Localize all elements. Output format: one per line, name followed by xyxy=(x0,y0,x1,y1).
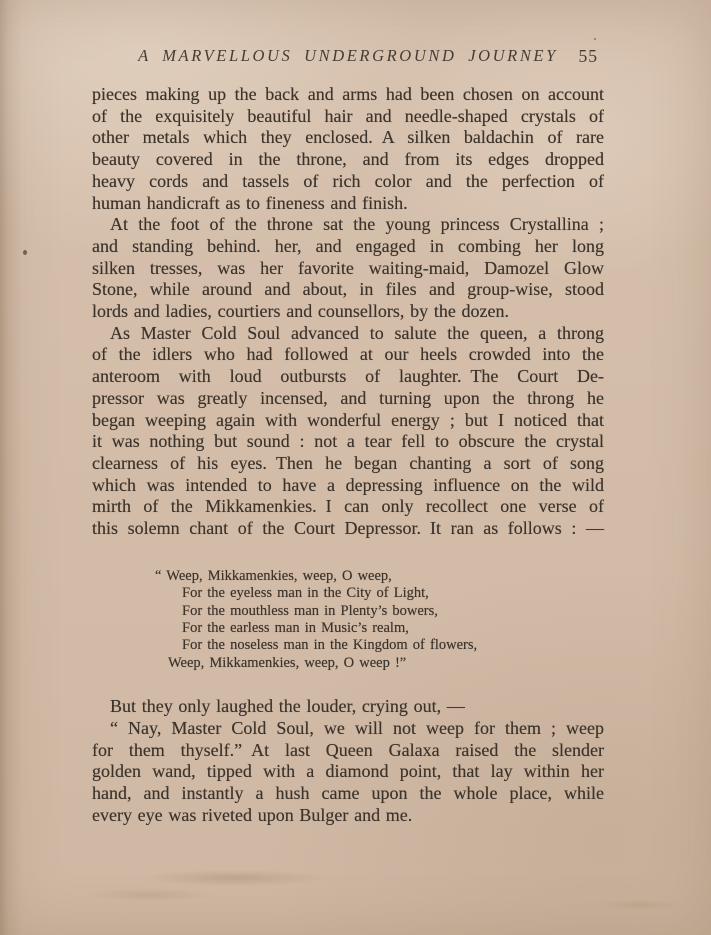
text-line: and standing behind. her, and engaged in… xyxy=(92,236,604,258)
text-line: for them thyself.” At last Queen Galaxa … xyxy=(92,740,604,762)
text-line: began weeping again with wonderful energ… xyxy=(92,410,604,432)
text-line: beauty covered in the throne, and from i… xyxy=(92,149,604,171)
text-line: pieces making up the back and arms had b… xyxy=(92,84,604,106)
ink-speck xyxy=(529,116,531,118)
paragraph: As Master Cold Soul advanced to salute t… xyxy=(92,323,604,540)
ink-speck xyxy=(594,38,596,40)
verse-line: For the eyeless man in the City of Light… xyxy=(182,585,604,602)
text-line: Stone, while around and about, in files … xyxy=(92,279,604,301)
paragraph: pieces making up the back and arms had b… xyxy=(92,84,604,214)
text-line: mirth of the Mikkamenkies. I can only re… xyxy=(92,496,604,518)
text-line: But they only laughed the louder, crying… xyxy=(92,696,604,718)
text-line: which was intended to have a depressing … xyxy=(92,475,604,497)
text-line: “ Nay, Master Cold Soul, we will not wee… xyxy=(92,718,604,740)
paragraph: At the foot of the throne sat the young … xyxy=(92,214,604,323)
verse-line: For the mouthless man in Plenty’s bowers… xyxy=(182,603,604,620)
verse-line: “ Weep, Mikkamenkies, weep, O weep, xyxy=(155,568,604,585)
ink-speck xyxy=(23,250,27,255)
text-line: this solemn chant of the Court Depressor… xyxy=(92,518,604,540)
text-line: As Master Cold Soul advanced to salute t… xyxy=(92,323,604,345)
text-line: other metals which they enclosed. A silk… xyxy=(92,127,604,149)
paragraph: “ Nay, Master Cold Soul, we will not wee… xyxy=(92,718,604,827)
page-number: 55 xyxy=(579,46,599,67)
paragraph: But they only laughed the louder, crying… xyxy=(92,696,604,718)
text-line: lords and ladies, courtiers and counsell… xyxy=(92,301,604,323)
text-line: of the idlers who had followed at our he… xyxy=(92,344,604,366)
page-title: A MARVELLOUS UNDERGROUND JOURNEY xyxy=(92,46,604,66)
book-page-scan: A MARVELLOUS UNDERGROUND JOURNEY 55 piec… xyxy=(0,0,711,935)
verse-block: “ Weep, Mikkamenkies, weep, O weep, For … xyxy=(92,568,604,672)
text-line: golden wand, tipped with a diamond point… xyxy=(92,761,604,783)
text-line: human handicraft as to fineness and fini… xyxy=(92,193,604,215)
text-line: heavy cords and tassels of rich color an… xyxy=(92,171,604,193)
text-line: clearness of his eyes. Then he began cha… xyxy=(92,453,604,475)
text-line: pressor was greatly incensed, and turnin… xyxy=(92,388,604,410)
verse-line: For the noseless man in the Kingdom of f… xyxy=(182,637,604,654)
text-line: of the exquisitely beautiful hair and ne… xyxy=(92,106,604,128)
text-line: At the foot of the throne sat the young … xyxy=(92,214,604,236)
text-line: silken tresses, was her favorite waiting… xyxy=(92,258,604,280)
text-line: every eye was riveted upon Bulger and me… xyxy=(92,805,604,827)
body-text: pieces making up the back and arms had b… xyxy=(92,84,604,826)
verse-line: For the earless man in Music’s realm, xyxy=(182,620,604,637)
text-line: hand, and instantly a hush came upon the… xyxy=(92,783,604,805)
running-header: A MARVELLOUS UNDERGROUND JOURNEY 55 xyxy=(92,46,604,68)
text-line: it was nothing but sound : not a tear fe… xyxy=(92,431,604,453)
text-line: anteroom with loud outbursts of laughter… xyxy=(92,366,604,388)
verse-line: Weep, Mikkamenkies, weep, O weep !” xyxy=(168,655,604,672)
